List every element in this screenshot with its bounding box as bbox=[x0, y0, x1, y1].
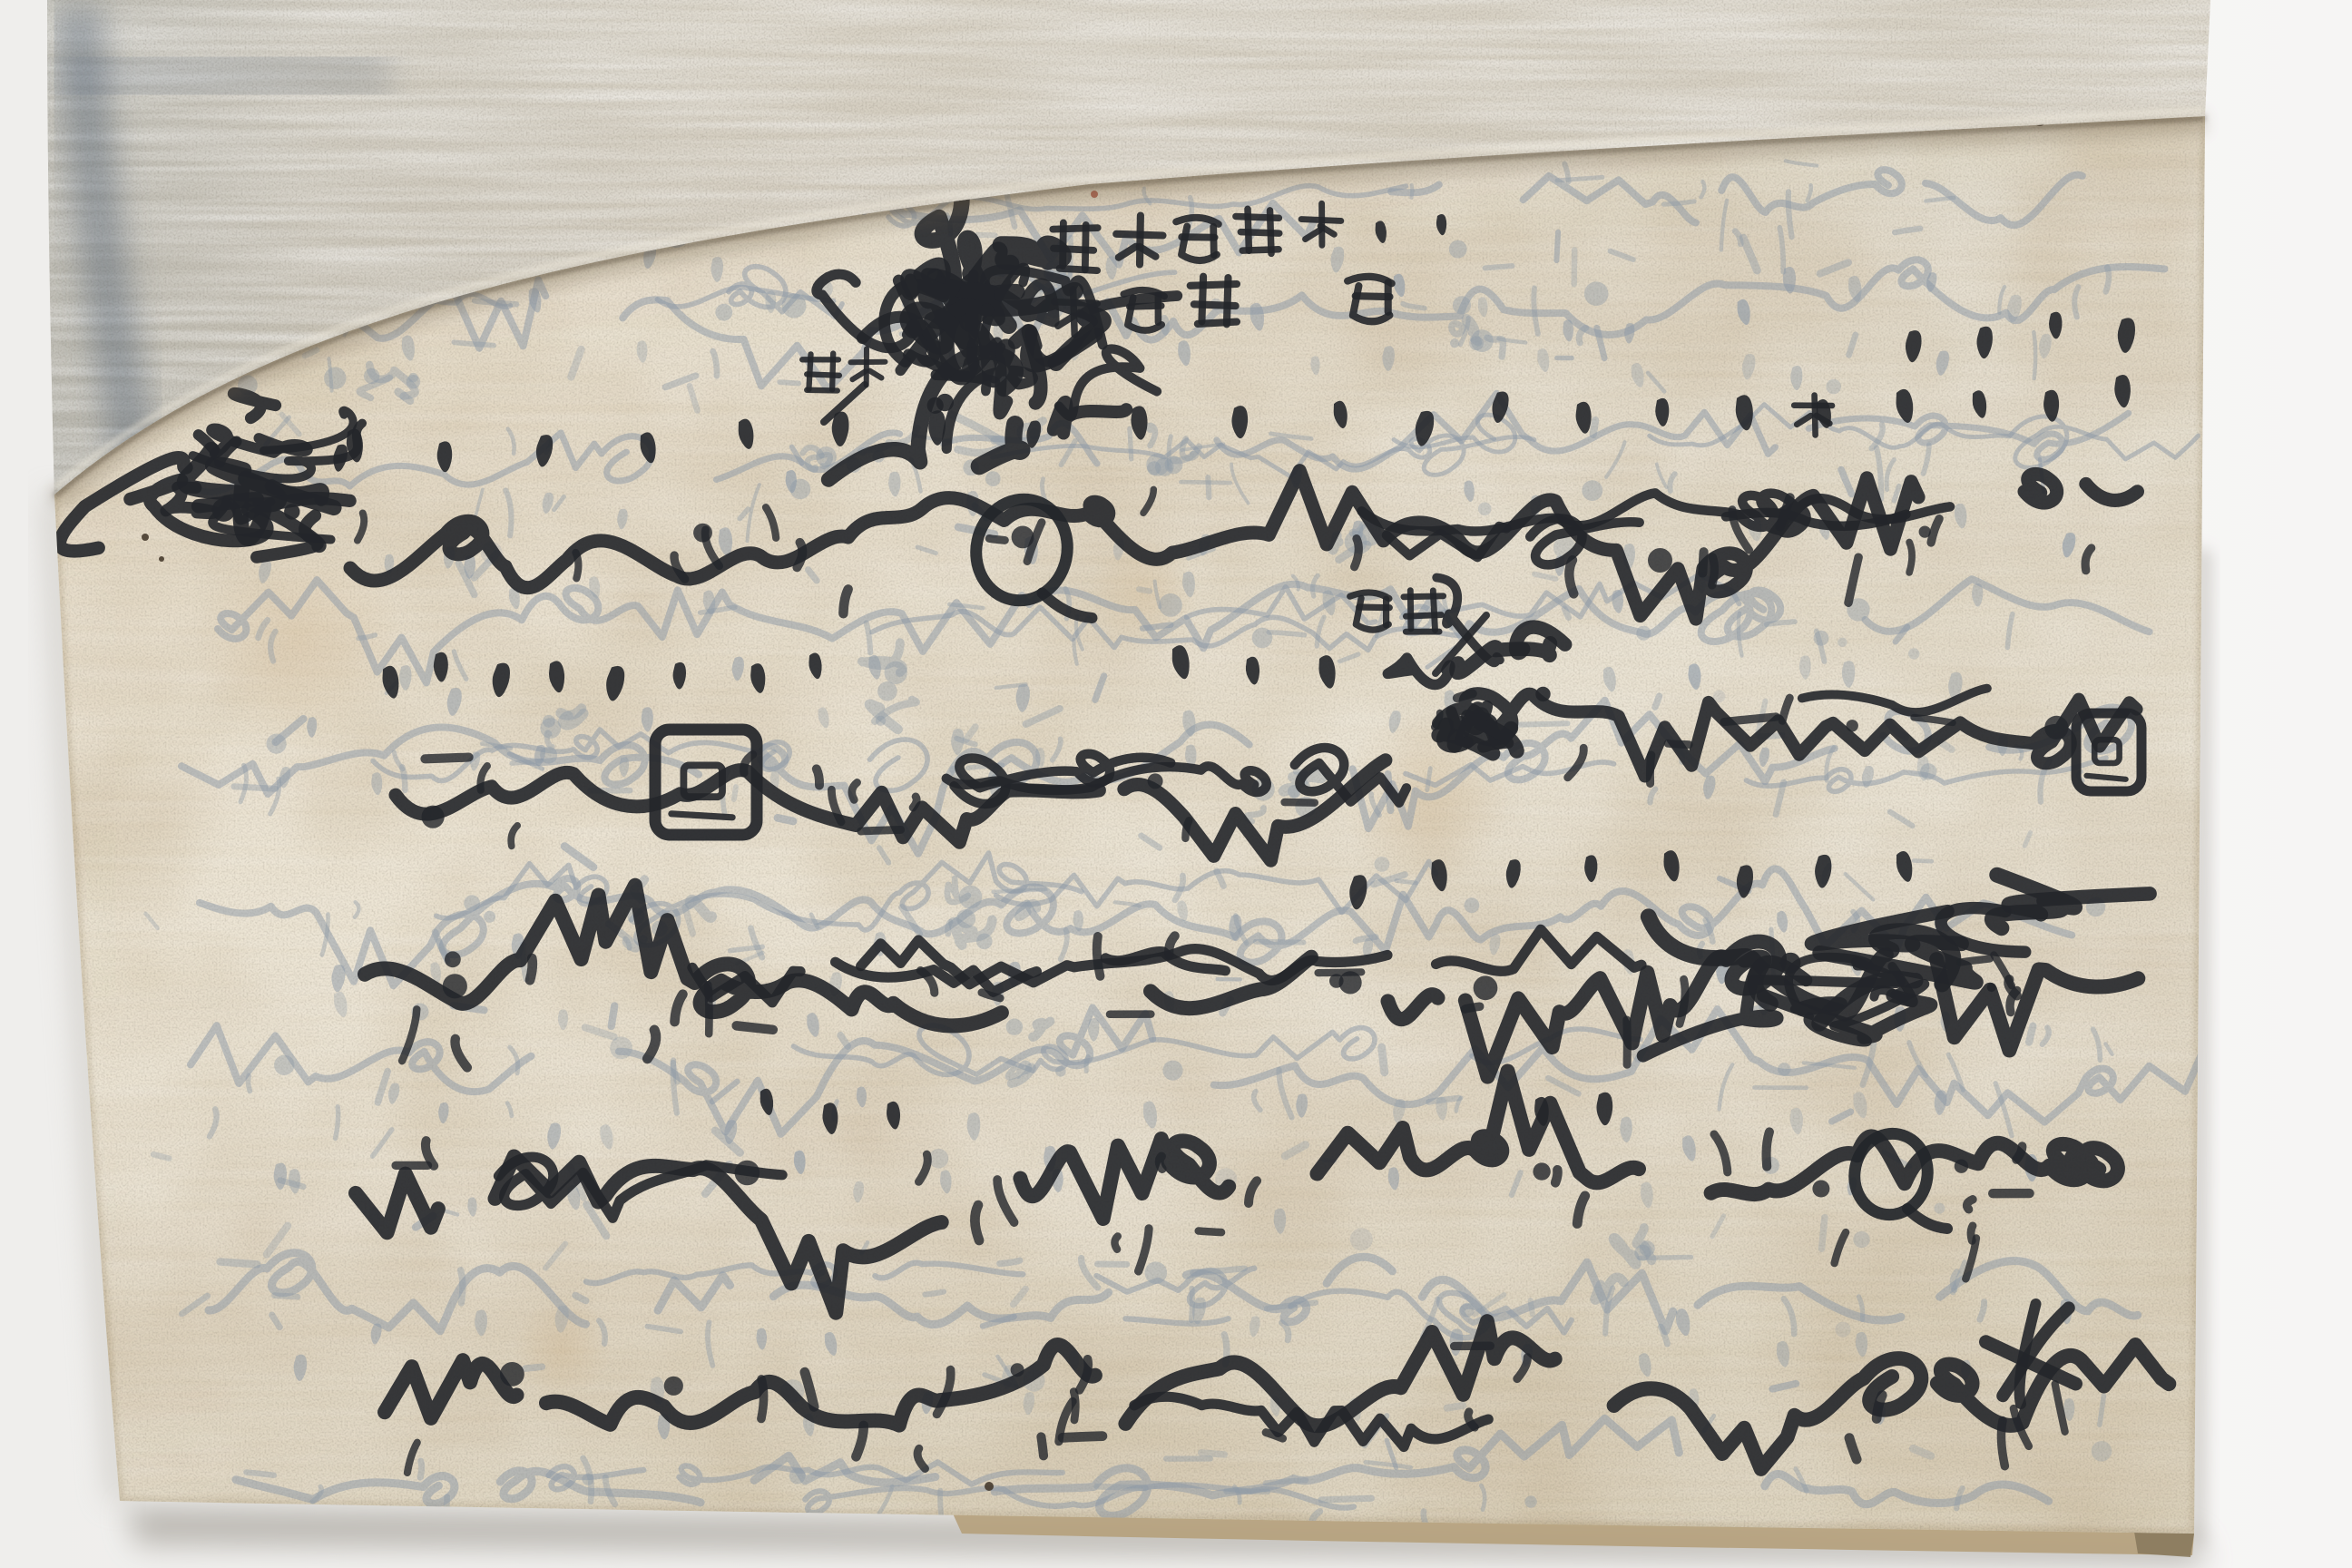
blue-top-band bbox=[64, 65, 390, 86]
fore-edge-corner bbox=[2134, 1532, 2194, 1557]
manuscript-photo: Edo-period Japanese manuscript page with… bbox=[0, 0, 2352, 1568]
